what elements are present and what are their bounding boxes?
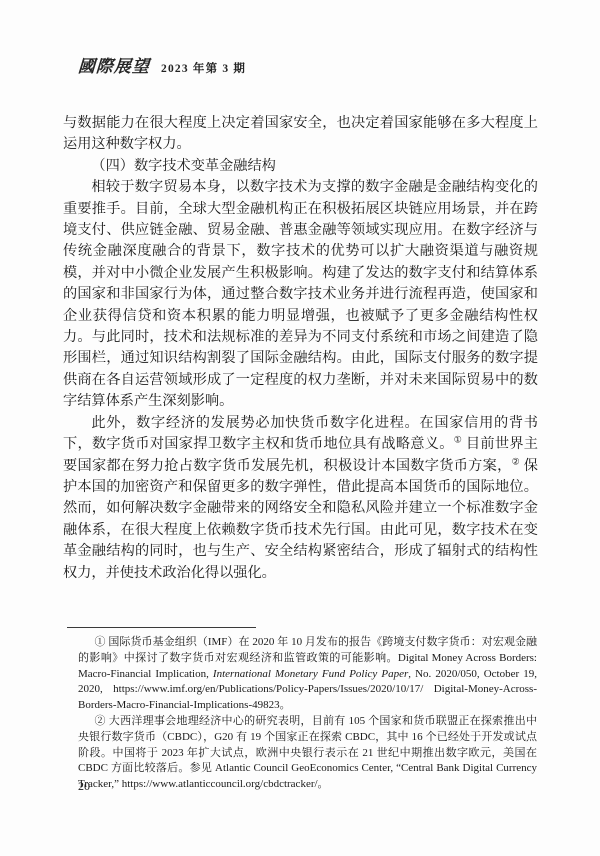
text-run: ② 大西洋理事会地理经济中心的研究表明，目前有 105 个国家和货币联盟正在探索… <box>78 715 537 790</box>
footnote-marker: ② <box>512 456 520 466</box>
page-number: 20 <box>78 779 90 794</box>
journal-page: 國際展望 2023 年第 3 期 与数据能力在很大程度上决定着国家安全，也决定着… <box>0 0 600 856</box>
article-body: 与数据能力在很大程度上决定着国家安全，也决定着国家能够在多大程度上运用这种数字权… <box>63 113 538 584</box>
footnotes-block: ① 国际货币基金组织（IMF）在 2020 年 10 月发布的报告《跨境支付数字… <box>78 635 537 793</box>
text-run: 保护本国的加密资产和保留更多的数字弹性，借此提高本国货币的国际地位。然而，如何解… <box>63 458 538 581</box>
body-paragraph: 此外，数字经济的发展势必加快货币数字化进程。在国家信用的背书下，数字货币对国家捍… <box>63 413 538 584</box>
page-header: 國際展望 2023 年第 3 期 <box>78 52 246 77</box>
footnote-2: ② 大西洋理事会地理经济中心的研究表明，目前有 105 个国家和货币联盟正在探索… <box>78 714 537 793</box>
issue-info: 2023 年第 3 期 <box>161 60 246 76</box>
text-run: （四）数字技术变革金融结构 <box>91 158 275 174</box>
text-run: International Monetary Fund Policy Paper <box>213 668 408 680</box>
body-paragraph: 与数据能力在很大程度上决定着国家安全，也决定着国家能够在多大程度上运用这种数字权… <box>63 113 538 156</box>
footnote-marker: ① <box>454 434 462 444</box>
text-run: 相较于数字贸易本身，以数字技术为支撑的数字金融是金融结构变化的重要推手。目前，全… <box>63 179 538 409</box>
text-run: 与数据能力在很大程度上决定着国家安全，也决定着国家能够在多大程度上运用这种数字权… <box>63 115 538 152</box>
section-heading: （四）数字技术变革金融结构 <box>63 156 538 177</box>
footnote-1: ① 国际货币基金组织（IMF）在 2020 年 10 月发布的报告《跨境支付数字… <box>78 635 537 714</box>
journal-logo: 國際展望 <box>77 52 150 77</box>
body-paragraph: 相较于数字贸易本身，以数字技术为支撑的数字金融是金融结构变化的重要推手。目前，全… <box>63 177 538 412</box>
footnote-separator <box>67 627 256 628</box>
